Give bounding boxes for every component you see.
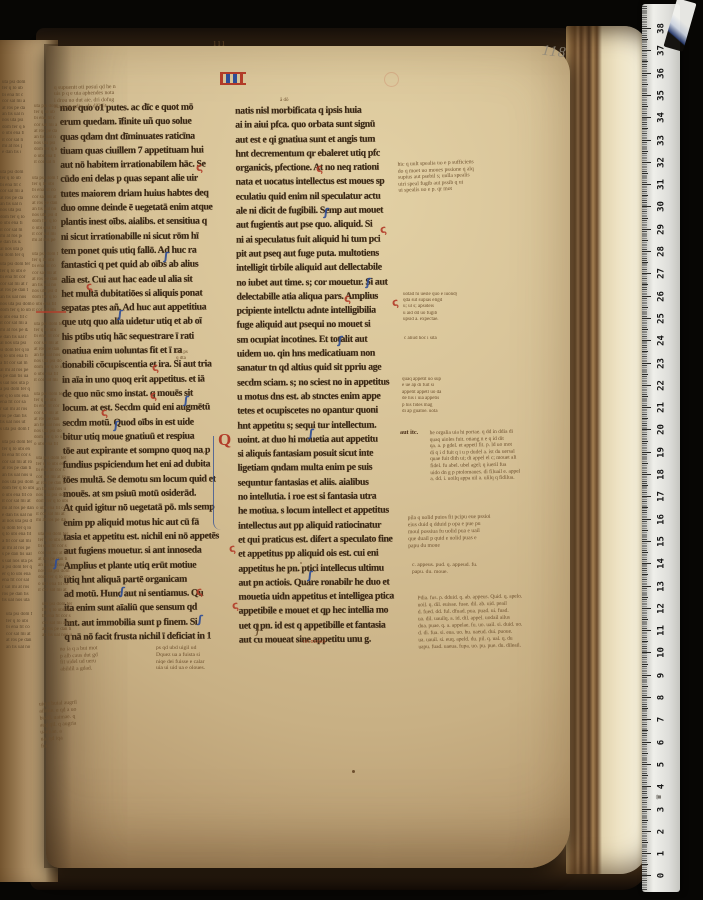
ruler-half-tick: [642, 195, 648, 196]
blue-paraph-mark: ʃ: [337, 335, 343, 346]
gloss-line: al nos uta psi: [0, 341, 38, 348]
right-3: c aliud hoc i sita: [404, 336, 454, 342]
ruler-number: 12: [657, 600, 666, 616]
verso-1: uta psi dom fer q lo ubbi ena fit ccor s…: [2, 80, 32, 157]
gloss-line: s ual nos uta ps: [2, 559, 38, 566]
gloss-line: e dan tis ua: [2, 150, 21, 156]
gloss-line: dom fer q lo u: [34, 365, 63, 371]
blue-paraph-mark: ʃ: [53, 558, 59, 569]
ruler-cm-tick: [642, 184, 651, 185]
ruler-cm-tick: [642, 429, 651, 430]
folio-number: 118: [541, 43, 567, 63]
gloss-line: r sal mi at ros: [2, 585, 34, 592]
ruler-half-tick: [642, 797, 648, 798]
ruler-cm-tick: [642, 50, 651, 51]
gloss-line: o ubi ena fi: [2, 131, 24, 137]
gloss-line: at ros pe dan: [6, 638, 36, 645]
text-line: uoint. at duo hi mouetia aut appetitu: [237, 432, 409, 447]
ruler-number: 29: [657, 221, 666, 237]
blue-paraph-mark: ʃ: [197, 614, 203, 625]
text-line: aut fugiens mouetur. si ant innoseda: [64, 543, 237, 559]
right-4: quaq appetit uo supe ue ap di fuit siapp…: [402, 377, 456, 415]
gloss-line: an tis ual nos u: [42, 633, 77, 639]
ruler-number: 35: [657, 87, 666, 103]
ruler-half-tick: [642, 84, 648, 85]
blue-paraph-mark: ʃ: [113, 420, 119, 431]
ruler-half-tick: [642, 463, 648, 464]
gloss-line: ena fit cor sa: [0, 400, 29, 407]
gloss-line: mi at ros pe: [32, 238, 56, 244]
gloss-above-left: q supuenit oti posui qd he nuis p q e ui…: [54, 83, 172, 111]
ruler-cm-tick: [642, 407, 651, 408]
gloss-line: si dom fer q: [0, 253, 31, 259]
gloss-line: ena fit cor sal: [2, 578, 35, 585]
header-ornament: [220, 72, 246, 85]
ruler-half-tick: [642, 530, 648, 531]
text-line: Amplius et plante utiq erūt motiue: [64, 558, 237, 574]
fore-edge-page-stack: [566, 26, 648, 874]
gloss-line: tis ual nos uta: [2, 598, 44, 605]
text-column-right: natis nisl morbificata q ipsis huiaai in…: [235, 103, 411, 647]
gloss-line: cor sal mi at: [6, 632, 37, 639]
gloss-line: nos uta psi: [2, 118, 26, 124]
gloss-line: q lo ubi ena fi: [0, 354, 36, 361]
text-line: plantis inest oībs. aialibs. et sensitiu…: [61, 215, 234, 231]
ruler-half-tick: [642, 753, 648, 754]
text-line: fundius pspiciendum het eni ad dubita: [63, 458, 236, 474]
gloss-line: o ubi ena fit co: [2, 493, 36, 500]
text-line: pit aut pseq aut fuge puta. multotiens: [236, 246, 408, 261]
left-strip-1: uta psi dom fer q lo ubbi ena fit ccor s…: [34, 104, 64, 166]
gloss-line: s pe dan tis ua: [0, 374, 33, 381]
left-strip-2: uta psi dom f fer q lo ubibi ena fit coc…: [32, 176, 66, 244]
ornament-bar: [220, 83, 246, 85]
gloss-line: dom fer q lo: [32, 219, 59, 225]
gloss-line: it cor sal mi: [34, 378, 61, 384]
bottom-center: ps qd ubd uigil udDquez ua a fuista sini…: [156, 645, 258, 672]
blue-paraph-mark: ʃ: [308, 428, 314, 439]
ruler-number: 36: [657, 65, 666, 81]
ruler-cm-tick: [642, 742, 651, 743]
ruler-half-tick: [642, 284, 648, 285]
ruler-number: 23: [657, 355, 666, 371]
ruler-half-tick: [642, 619, 648, 620]
ruler-number: 1: [657, 846, 666, 862]
gloss-line: it cor sal m: [34, 160, 55, 166]
gloss-line: aut itc.: [400, 429, 430, 436]
gloss-line: di ap guatoe. uota: [402, 409, 456, 415]
gloss-line: a psi dom fer q: [2, 565, 37, 572]
text-column-left: mor quo o1 putes. ac dīc e quot mōerum q…: [60, 100, 238, 645]
text-line: appetibile e mouet et qp hec intellia mo: [239, 604, 411, 619]
text-line: ita enim sunt aīaliū que sensum qd: [64, 601, 237, 617]
ruler-number: 6: [657, 734, 666, 750]
ruler-half-tick: [642, 218, 648, 219]
ruler-number: 10: [657, 645, 666, 661]
gloss-line: uia ui uid ua e oloues.: [156, 665, 258, 672]
ruler-cm-tick: [642, 764, 651, 765]
gloss-line: uta psi dom fer: [2, 440, 44, 447]
text-line: mouetia uidn appetitus et intelligea pti…: [238, 589, 410, 604]
ruler-cm-tick: [642, 117, 651, 118]
gloss-line: e dan tis ual no: [2, 513, 33, 520]
blue-paraph-mark: ʃ: [307, 570, 313, 581]
ruler-cm-tick: [642, 675, 651, 676]
text-line: quas qdam dnt dīminuates raticīna: [60, 129, 233, 145]
gloss-line: q lo ubi ena fit: [2, 532, 42, 539]
text-line: mouēs. at sm psiuū motū osiderād.: [63, 486, 236, 502]
gloss-line: it cor sal mi a: [0, 321, 29, 328]
text-line: que utq quo alia uidetur utiq et ab oī: [62, 315, 235, 331]
text-line: At quid igitur nō uegetatā pō. mls semp: [63, 501, 236, 517]
ruler-cm-tick: [642, 652, 651, 653]
ruler-cm-tick: [642, 496, 651, 497]
ruler-half-tick: [642, 39, 648, 40]
text-line: u motus dns est. ab stnctes enim appe: [237, 389, 409, 404]
text-line: tasia et appetitu est. nichil eni nō app…: [63, 529, 236, 545]
gloss-line: mi at ros pe dan: [2, 506, 34, 513]
ruler-number: 18: [657, 467, 666, 483]
text-line: pcipiente intellctu adnte intelligibilia: [237, 304, 409, 319]
ruler-number: 2: [657, 823, 666, 839]
ruler-half-tick: [642, 864, 648, 865]
ruler-number: 27: [657, 266, 666, 282]
gloss-line: s ual nos uta p: [0, 381, 32, 388]
blue-paraph-mark: ʃ: [365, 277, 371, 288]
text-line: bitur utiq moue gnatiuū et respiua: [63, 429, 236, 445]
verso-4: uta psi dom fer fer q lo ubi enbi ena fi…: [2, 440, 44, 605]
right-6: pila q uolid puios fit pcipu eue pssioie…: [408, 513, 551, 550]
gloss-line: an tis ual nos u: [2, 473, 39, 480]
ruler-half-tick: [642, 708, 648, 709]
text-line: ad motū. Hunc aut ni sentiamus. Qu: [64, 586, 237, 602]
ruler-maker-logo: ♛: [655, 794, 663, 800]
text-line: tōes multā. Se demotu sm locum quid et: [63, 472, 236, 488]
ruler-cm-tick: [642, 630, 651, 631]
ruler-half-tick: [642, 686, 648, 687]
text-line: no intellutia. i roe est si fantasia utr…: [238, 489, 410, 504]
gloss-line: bi ena fit cor s: [2, 453, 42, 460]
blue-paraph-mark: ʃ: [119, 586, 125, 597]
ruler-half-tick: [642, 597, 648, 598]
text-line: ni sicut irrationabille ni sicut rōm hī: [61, 229, 234, 245]
gloss-line: s uta psi dom f: [0, 427, 37, 434]
ruler-half-tick: [642, 730, 648, 731]
ruler-half-tick: [642, 173, 648, 174]
gloss-line: a fit cor sal mi: [2, 539, 41, 546]
gloss-line: it cor sal m: [0, 228, 23, 234]
text-line: intelligit tirbile aliquid aut dellectab…: [236, 261, 408, 276]
ruler-cm-tick: [642, 363, 651, 364]
ruler-number: 9: [657, 667, 666, 683]
ruler-number: 14: [657, 556, 666, 572]
gloss-line: c aliud hoc i sita: [404, 336, 454, 342]
left-strip-4: uta psi dom fe fer q lo ubi bi ena fit c…: [34, 322, 70, 384]
gloss-line: al nos uta psi d: [2, 519, 44, 526]
verso-5: uta psi dom f fer q lo ubibi ena fit coc…: [6, 612, 40, 652]
text-line: appetitus he pn. ptici intellecus ultimu: [238, 561, 410, 576]
ruler-number: 5: [657, 756, 666, 772]
text-line: he motiua. s locum intellect et appetitu…: [238, 504, 410, 519]
ruler-half-tick: [642, 641, 648, 642]
text-line: sepatas ptes añ. Ad huc aut appetitiua: [61, 300, 234, 316]
text-line: ligetiam qndam multa enim pe suis: [238, 461, 410, 476]
ruler-number: 24: [657, 333, 666, 349]
ruler-half-tick: [642, 329, 648, 330]
ruler-number: 19: [657, 444, 666, 460]
text-line: fantastici q pet quid ab oībs ab alius: [61, 258, 234, 274]
right-1: hic q uult spealia uo e p sufficiensdo q…: [397, 158, 500, 195]
ruler-half-tick: [642, 842, 648, 843]
ruler-number: 28: [657, 244, 666, 260]
ruler-number: 32: [657, 154, 666, 170]
gloss-line: c. appeus. pud. q. appeud. fu.: [412, 562, 520, 569]
gloss-line: o ubi ena fi: [0, 221, 24, 227]
ruler-number: 3: [657, 801, 666, 817]
text-line: uidem uo. qin hns medicatiuam non: [237, 346, 409, 361]
text-line: erum quedam. īfinite uñ quo solue: [60, 115, 233, 131]
gloss-line: cor sal mi at r: [0, 282, 35, 289]
gloss-line: fer q lo ubi e: [0, 269, 37, 276]
text-line: onatiua enim uoluntas fit et ī ra: [62, 343, 235, 359]
gloss-line: o ubi ena fi: [34, 154, 56, 160]
ruler-cm-tick: [642, 273, 651, 274]
ruler-cm-tick: [642, 875, 651, 876]
measuring-ruler: 3837363534333231302928272625242322212019…: [642, 4, 680, 892]
text-line: fuge aliquid aut psequi no mouet si: [237, 318, 409, 333]
ruler-cm-tick: [642, 73, 651, 74]
ruler-cm-tick: [642, 519, 651, 520]
ruler-half-tick: [642, 240, 648, 241]
interlinear-top: ā dō: [280, 97, 320, 104]
gloss-line: it cor sal mi: [32, 232, 57, 238]
text-line: his ptibs utiq hāc sequestrare ī rati: [62, 329, 235, 345]
ruler-cm-tick: [642, 229, 651, 230]
ruler-number: 31: [657, 177, 666, 193]
text-line: et appetitus pp aliquid ois est. cui eni: [238, 547, 410, 562]
ruler-half-tick: [642, 820, 648, 821]
verso-2: uta psi dom fer q lo ubbi ena fit ccor s…: [0, 170, 32, 259]
gloss-line: s pe dan tis ual: [2, 552, 39, 559]
text-line: duo omne deinde ē uegetatā enim atque: [61, 200, 234, 216]
parchment-stain: [352, 770, 355, 773]
gloss-line: ros pe dan tis: [2, 592, 33, 599]
gloss-line: dom fer q lo ubi: [2, 486, 37, 493]
ruler-cm-tick: [642, 541, 651, 542]
text-line: secdm motū. Quod oībs in est uide: [62, 415, 235, 431]
gloss-line: a fit cor sal m: [0, 361, 35, 368]
text-line: utiq hnt aliquā partē organicam: [64, 572, 237, 588]
parchment-stain: [300, 562, 302, 564]
right-5: he orgalia uia hi portae. q dd in ddia d…: [430, 428, 563, 483]
ruler-cm-tick: [642, 452, 651, 453]
gloss-line: dom fer q lo ub: [0, 308, 31, 315]
ruler-number: 21: [657, 400, 666, 416]
ruler-half-tick: [642, 61, 648, 62]
ruler-number: 16: [657, 511, 666, 527]
text-line: hnt appetitu s; sequi tur intellectum.: [237, 418, 409, 433]
gloss-line: nos uta psi dom: [2, 480, 38, 487]
gloss-line: q dta: [176, 356, 198, 362]
ornament-bar: [226, 74, 230, 83]
text-line: in aīa in uno quoq erit appetitus. et iā: [62, 372, 235, 388]
gloss-line: si dom fer q lo: [2, 526, 43, 533]
text-line: aut nō habitem irrationabilem hāc. Se: [60, 157, 233, 173]
ruler-cm-tick: [642, 853, 651, 854]
ruler-half-tick: [642, 374, 648, 375]
text-line: et qui praticus est. difert a speculato …: [238, 532, 410, 547]
text-line: uet q pn. id est q appetibille et fantas…: [239, 618, 411, 633]
text-line: tiuam quas ciuillem 7 appetituam hui: [60, 143, 233, 159]
right-5-label: aut itc.: [400, 429, 430, 436]
quire-mark: 111: [213, 40, 226, 48]
ruler-half-tick: [642, 106, 648, 107]
text-line: locum. at est. Secdm quid eni augmētū: [62, 400, 235, 416]
gloss-line: o ubi ena fit: [34, 372, 62, 378]
gloss-line: upsid a. expectae.: [403, 317, 457, 323]
interlinear-rubric: nō mouet: [303, 639, 326, 645]
text-line: sm ocupiat incotines. Et totalit aut: [237, 332, 409, 347]
ruler-number: 38: [657, 21, 666, 37]
ruler-cm-tick: [642, 697, 651, 698]
text-line: nata et uocatus intellectus est moues sp: [236, 175, 408, 190]
bottom-left-a: no ia q a bui motp alb caus dut gdfit ui…: [60, 643, 149, 672]
bottom-left-b: uiq e buial augrilailmie. e qd a uobuail…: [39, 698, 101, 750]
gloss-line: niqe dei fuisse e calar: [156, 659, 258, 666]
ruler-number: 0: [657, 868, 666, 884]
ruler-cm-tick: [642, 296, 651, 297]
ruler-half-tick: [642, 307, 648, 308]
ruler-number: 26: [657, 288, 666, 304]
text-line: si aliquis fantasiam posuit sicut inte: [238, 447, 410, 462]
ruler-half-tick: [642, 664, 648, 665]
ruler-half-tick: [642, 151, 648, 152]
ruler-half-tick: [642, 507, 648, 508]
gloss-line: bi ena fit cor: [0, 275, 36, 282]
text-line: tem ponet quis utiq fallō. Ad huc ra: [61, 243, 234, 259]
text-line: tutes maiorem driam huius habtes deq: [60, 186, 233, 202]
red-underline-mark: [36, 311, 66, 313]
ruler-number: 30: [657, 199, 666, 215]
gloss-line: dom fer q lo: [34, 147, 57, 153]
ruler-half-tick: [642, 552, 648, 553]
ruler-half-tick: [642, 396, 648, 397]
text-line: ale ni dicit de fugibili. Semp aut mouet: [236, 203, 408, 218]
ruler-half-tick: [642, 418, 648, 419]
gloss-line: v.: [202, 450, 214, 457]
intercolumn-v: v.: [202, 450, 214, 457]
text-line: tetes et ocupiscetes no opantur quoni: [237, 404, 409, 419]
ruler-number: 4: [657, 779, 666, 795]
ruler-cm-tick: [642, 95, 651, 96]
blue-paraph-mark: ʃ: [117, 309, 123, 320]
text-line: delectabille atia aliqua pars. Amplius: [236, 289, 408, 304]
text-line: sequntur fantasias et aliis. aialibus: [238, 475, 410, 490]
gloss-line: ps qd ubd uigil ud: [156, 645, 258, 652]
ruler-cm-tick: [642, 474, 651, 475]
ornament-bar: [220, 74, 223, 83]
text-line: aut est e qi gnatiua sunt et angis tum: [235, 132, 407, 147]
text-line: aut pn actiois. Quare ronabilr he duo et: [238, 575, 410, 590]
ruler-number: 25: [657, 310, 666, 326]
gloss-line: at ros pe dan ti: [2, 466, 40, 473]
ruler-number: 22: [657, 377, 666, 393]
gloss-line: papu. du. moue.: [412, 569, 520, 576]
gloss-line: r sal mi at ros: [0, 407, 28, 414]
intercolumn: aut psq dta: [176, 350, 198, 362]
ruler-cm-tick: [642, 586, 651, 587]
ruler-half-tick: [642, 262, 648, 263]
gloss-line: an tis ual nos: [0, 295, 33, 302]
gloss-line: nos uta psi dom: [0, 302, 32, 309]
ruler-cm-tick: [642, 809, 651, 810]
ruler-half-tick: [642, 351, 648, 352]
faint-red-mark: [384, 72, 399, 87]
ruler-cm-tick: [642, 608, 651, 609]
text-line: sanatur tn qd altius quid sit ppriu age: [237, 361, 409, 376]
text-line: no iubet aut time. s; cor mouetur. Si au…: [236, 275, 408, 290]
ruler-cm-tick: [642, 385, 651, 386]
gloss-line: a psi dom fer q: [0, 387, 31, 394]
gloss-line: ros pe dan tis: [0, 414, 27, 421]
gloss-line: Dquez ua a fuista si: [156, 652, 258, 659]
right-7: c. appeus. pud. q. appeud. fu.papu. du. …: [412, 562, 520, 576]
ruler-number: 17: [657, 489, 666, 505]
ornament-bar: [233, 74, 237, 83]
ruler-half-tick: [642, 775, 648, 776]
gloss-line: it cor sal mi at: [2, 499, 35, 506]
ruler-half-tick: [642, 485, 648, 486]
gloss-line: it cor sal m: [2, 138, 23, 144]
gloss-line: uta psi dom f: [6, 612, 40, 619]
right-8: Pdia. fus. p. dduid. q. ab. appeus. Quid…: [418, 593, 571, 652]
blue-paraph-mark: ʃ: [183, 395, 189, 406]
gloss-line: cor sal mi a: [34, 123, 61, 129]
text-line: ai in aiui pfca. quo orbata sunt signū: [235, 118, 407, 133]
manuscript-photo: 111 118 mor quo o1 putes. ac dīc e quot …: [0, 0, 703, 900]
ruler-cm-tick: [642, 162, 651, 163]
blue-paraph-mark: ʃ: [323, 207, 329, 218]
verso-3: uta psi dom fer fer q lo ubi ebi ena fit…: [0, 262, 38, 433]
gloss-line: bi ena fit co: [6, 625, 38, 632]
ruler-half-tick: [642, 441, 648, 442]
gloss-line: fer q lo ubi en: [2, 447, 43, 454]
gloss-line: mi at ros pe da: [0, 328, 28, 335]
ruler-number: 33: [657, 132, 666, 148]
right-2: uotad hi uesle quo e iuondyqda sut supia…: [403, 292, 457, 323]
ruler-cm-tick: [642, 340, 651, 341]
gloss-line: er q lo ubi ena: [0, 394, 30, 401]
left-strip-8: uta psi dom fer fer q lo ubi enbi ena fi…: [42, 602, 82, 639]
ruler-number: 11: [657, 623, 666, 639]
text-line: intellectus aut pp aliquid ratiocinatur: [238, 518, 410, 533]
text-line: natis nisl morbificata q ipsis huia: [235, 103, 407, 118]
gloss-line: cor sal mi a: [2, 99, 29, 105]
text-line: tionabili cōcupiscentia et ira. Si aut t…: [62, 358, 235, 374]
text-line: q nā nō facit frusta nichil ī deficiat i…: [64, 629, 237, 645]
text-line: enim pp aliquid motus hic aut cū fā: [63, 515, 236, 531]
gloss-line: o ubi ena fit c: [0, 315, 30, 322]
text-line: cūdo eni delas p quas sepant alie uir: [60, 172, 233, 188]
gloss-line: ā dō: [280, 97, 320, 104]
gloss-line: e dan tis ual n: [0, 335, 27, 342]
ruler-number: 7: [657, 712, 666, 728]
gloss-line: o ubi ena fit: [32, 226, 58, 232]
ornament-bar: [240, 74, 243, 83]
gloss-line: e dan tis ua: [0, 240, 21, 246]
ruler-cm-tick: [642, 28, 651, 29]
ruler-cm-tick: [642, 719, 651, 720]
